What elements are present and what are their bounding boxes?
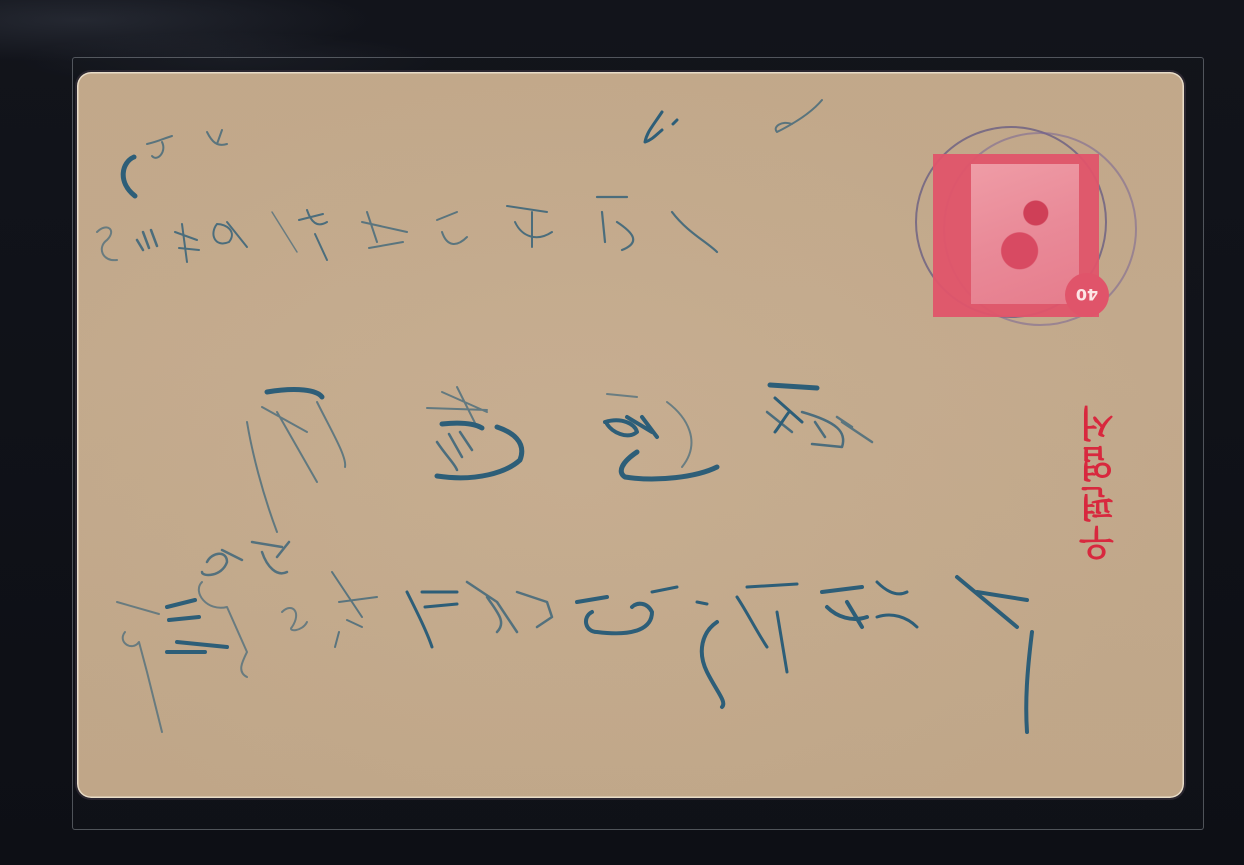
stamp-value: 40	[1065, 273, 1109, 317]
postage-stamp: 40	[933, 154, 1099, 317]
stamp-vignette	[971, 164, 1079, 304]
postcard-label: 우편엽서	[1077, 402, 1121, 562]
postal-card: 40 우편엽서	[77, 72, 1184, 798]
